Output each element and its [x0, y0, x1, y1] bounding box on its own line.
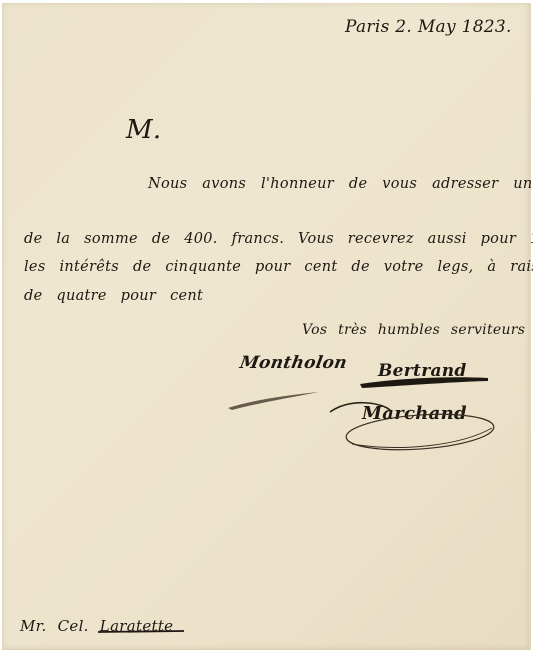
closing-line: Vos très humbles serviteurs [302, 322, 525, 338]
body-line-1: Nous avons l'honneur de vous adresser un… [148, 176, 533, 192]
letter-paper: Paris 2. May 1823. M. Nous avons l'honne… [2, 3, 531, 650]
body-line-3: les intérêts de cinquante pour cent de v… [24, 259, 533, 275]
date-line: Paris 2. May 1823. [345, 17, 512, 37]
addressee-line: Mr. Cel. Laratette [20, 617, 173, 635]
salutation: M. [126, 115, 162, 145]
signature-marchand: Marchand [362, 403, 467, 424]
body-line-4: de quatre pour cent [24, 288, 203, 304]
body-line-2: de la somme de 400. francs. Vous recevre… [24, 231, 533, 247]
signature-bertrand: Bertrand [378, 361, 467, 381]
signature-montholon: Montholon [238, 353, 348, 373]
